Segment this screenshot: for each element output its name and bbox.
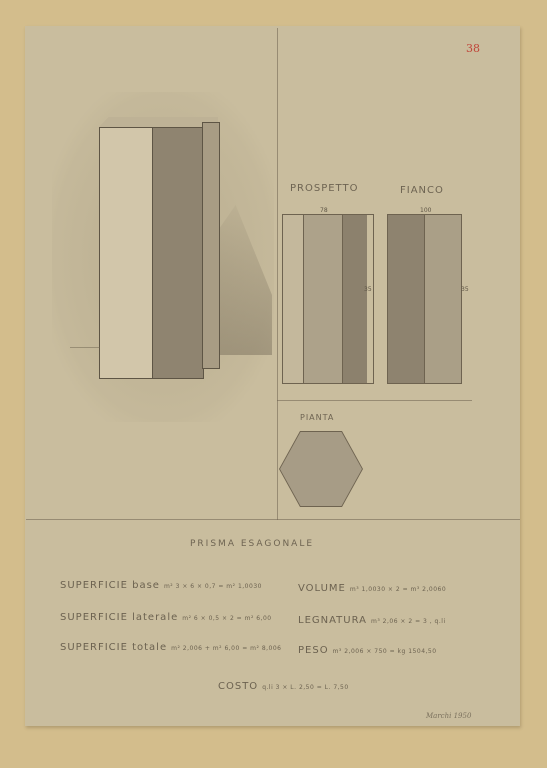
side-view-label: FIANCO: [400, 185, 444, 196]
plan-view-label: PIANTA: [300, 413, 334, 422]
calc-right-1: LEGNATURAm³ 2,06 × 2 = 3 , q.li: [298, 615, 446, 626]
calc-left-1: SUPERFICIE lateralem² 6 × 0,5 × 2 = m² 6…: [60, 612, 272, 623]
front-dim-side: 35: [364, 286, 372, 293]
divider-vertical: [277, 28, 278, 520]
prism-top-face: [99, 117, 218, 127]
calc-title: PRISMA ESAGONALE: [190, 539, 314, 549]
front-view-label: PROSPETTO: [290, 183, 358, 194]
signature: Marchi 1950: [426, 712, 471, 720]
calc-right-2: PESOm³ 2,006 × 750 = kg 1504,50: [298, 645, 437, 656]
calc-left-2: SUPERFICIE totalem² 2,006 + m² 6,00 = m²…: [60, 642, 282, 653]
front-dim-top: 78: [320, 207, 328, 214]
side-dim-side: 35: [461, 286, 469, 293]
side-elevation: [387, 214, 462, 384]
divider-horizontal: [26, 519, 520, 520]
calc-right-0: VOLUMEm³ 1,0030 × 2 = m³ 2,0060: [298, 583, 446, 594]
divider-right-mid: [277, 400, 472, 401]
calc-left-0: SUPERFICIE basem² 3 × 6 × 0,7 = m² 1,003…: [60, 580, 262, 591]
prism-lit-face: [99, 127, 153, 379]
prism-side-face: [202, 122, 220, 369]
side-dim-top: 100: [420, 207, 431, 214]
front-elevation: [282, 214, 374, 384]
ground-line: [70, 347, 100, 348]
prism-shaded-face: [152, 127, 204, 379]
sheet-number: 38: [466, 42, 480, 55]
calc-cost: COSTOq.li 3 × L. 2,50 = L. 7,50: [218, 681, 349, 692]
